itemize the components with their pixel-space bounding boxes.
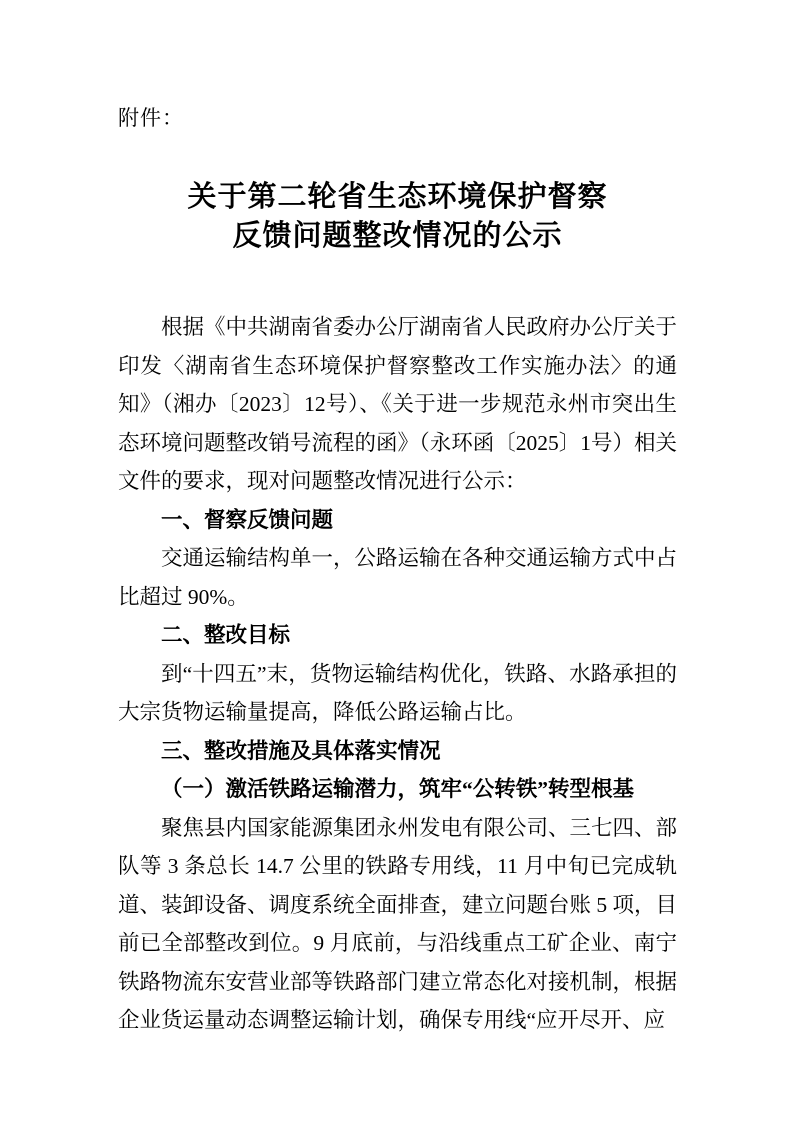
document-body: 根据《中共湖南省委办公厅湖南省人民政府办公厅关于印发〈湖南省生态环境保护督察整改…	[118, 308, 677, 1040]
document-title-line-1: 关于第二轮省生态环境保护督察	[118, 178, 677, 217]
document-title-line-2: 反馈问题整改情况的公示	[118, 217, 677, 256]
section-heading-1: 一、督察反馈问题	[118, 501, 677, 540]
document-page: 附件： 关于第二轮省生态环境保护督察 反馈问题整改情况的公示 根据《中共湖南省委…	[0, 0, 793, 1122]
section-1-paragraph: 交通运输结构单一，公路运输在各种交通运输方式中占比超过 90%。	[118, 539, 677, 616]
section-heading-2: 二、整改目标	[118, 616, 677, 655]
section-3-1-paragraph: 聚焦县内国家能源集团永州发电有限公司、三七四、部队等 3 条总长 14.7 公里…	[118, 809, 677, 1040]
document-title: 关于第二轮省生态环境保护督察 反馈问题整改情况的公示	[118, 178, 677, 256]
section-heading-3: 三、整改措施及具体落实情况	[118, 732, 677, 771]
section-2-paragraph: 到“十四五”末，货物运输结构优化，铁路、水路承担的大宗货物运输量提高，降低公路运…	[118, 655, 677, 732]
subsection-heading-3-1: （一）激活铁路运输潜力，筑牢“公转铁”转型根基	[118, 770, 677, 809]
intro-paragraph: 根据《中共湖南省委办公厅湖南省人民政府办公厅关于印发〈湖南省生态环境保护督察整改…	[118, 308, 677, 501]
attachment-label: 附件：	[118, 106, 677, 132]
